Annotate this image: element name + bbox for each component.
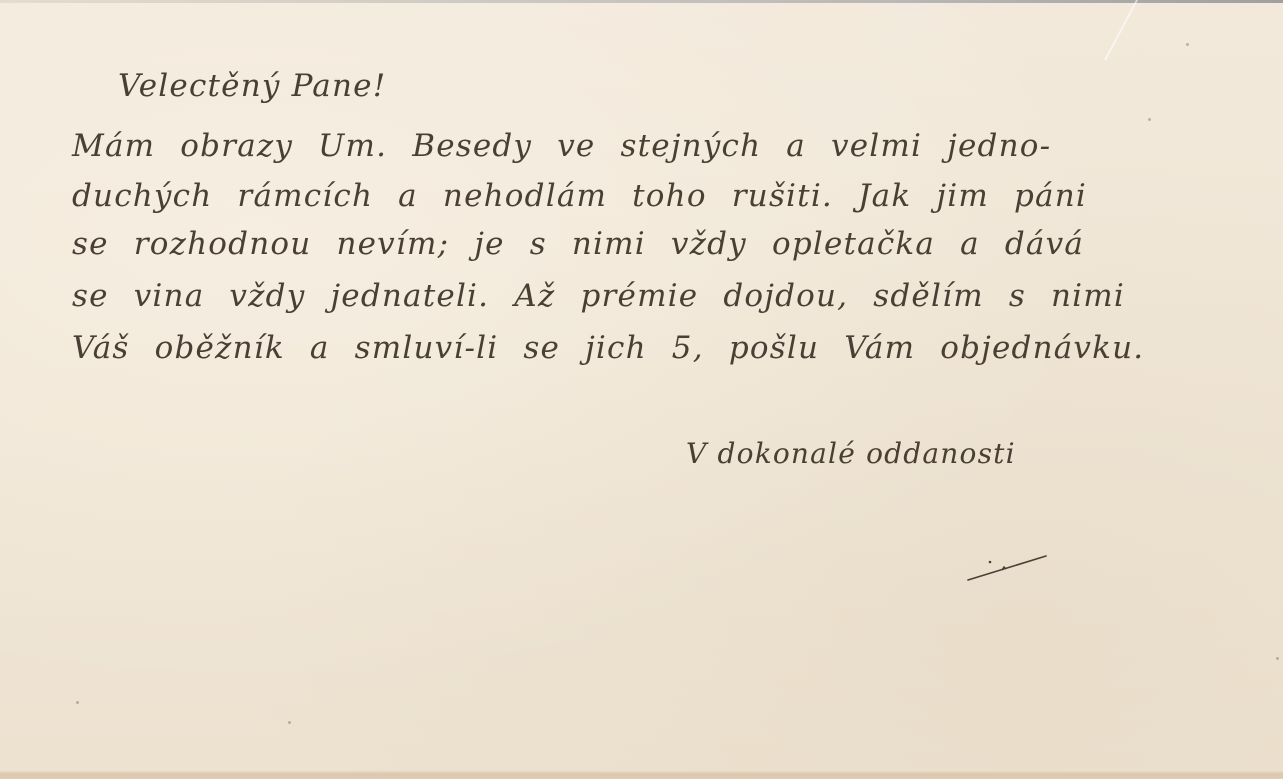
paper-speck [1186,43,1189,46]
paper-speck [1148,118,1151,121]
body-line-2: duchých rámcích a nehodlám toho rušiti. … [72,178,1087,214]
paper-speck [288,721,291,724]
closing-line: V dokonalé oddanosti [686,437,1016,470]
corner-crease [1104,0,1178,60]
body-line-4: se vina vždy jednateli. Až prémie dojdou… [72,278,1125,314]
body-line-3: se rozhodnou nevím; je s nimi vždy oplet… [72,226,1084,262]
paper-speck [1276,657,1279,660]
signature-mark [966,552,1048,582]
card-bottom-edge [0,771,1283,779]
paper-speck [76,701,79,704]
body-line-5: Váš oběžník a smluví-li se jich 5, pošlu… [72,330,1144,366]
letter-card: Velectěný Pane! Mám obrazy Um. Besedy ve… [0,0,1283,779]
card-top-edge [0,0,1283,3]
salutation: Velectěný Pane! [118,68,386,104]
body-line-1: Mám obrazy Um. Besedy ve stejných a velm… [72,128,1051,164]
